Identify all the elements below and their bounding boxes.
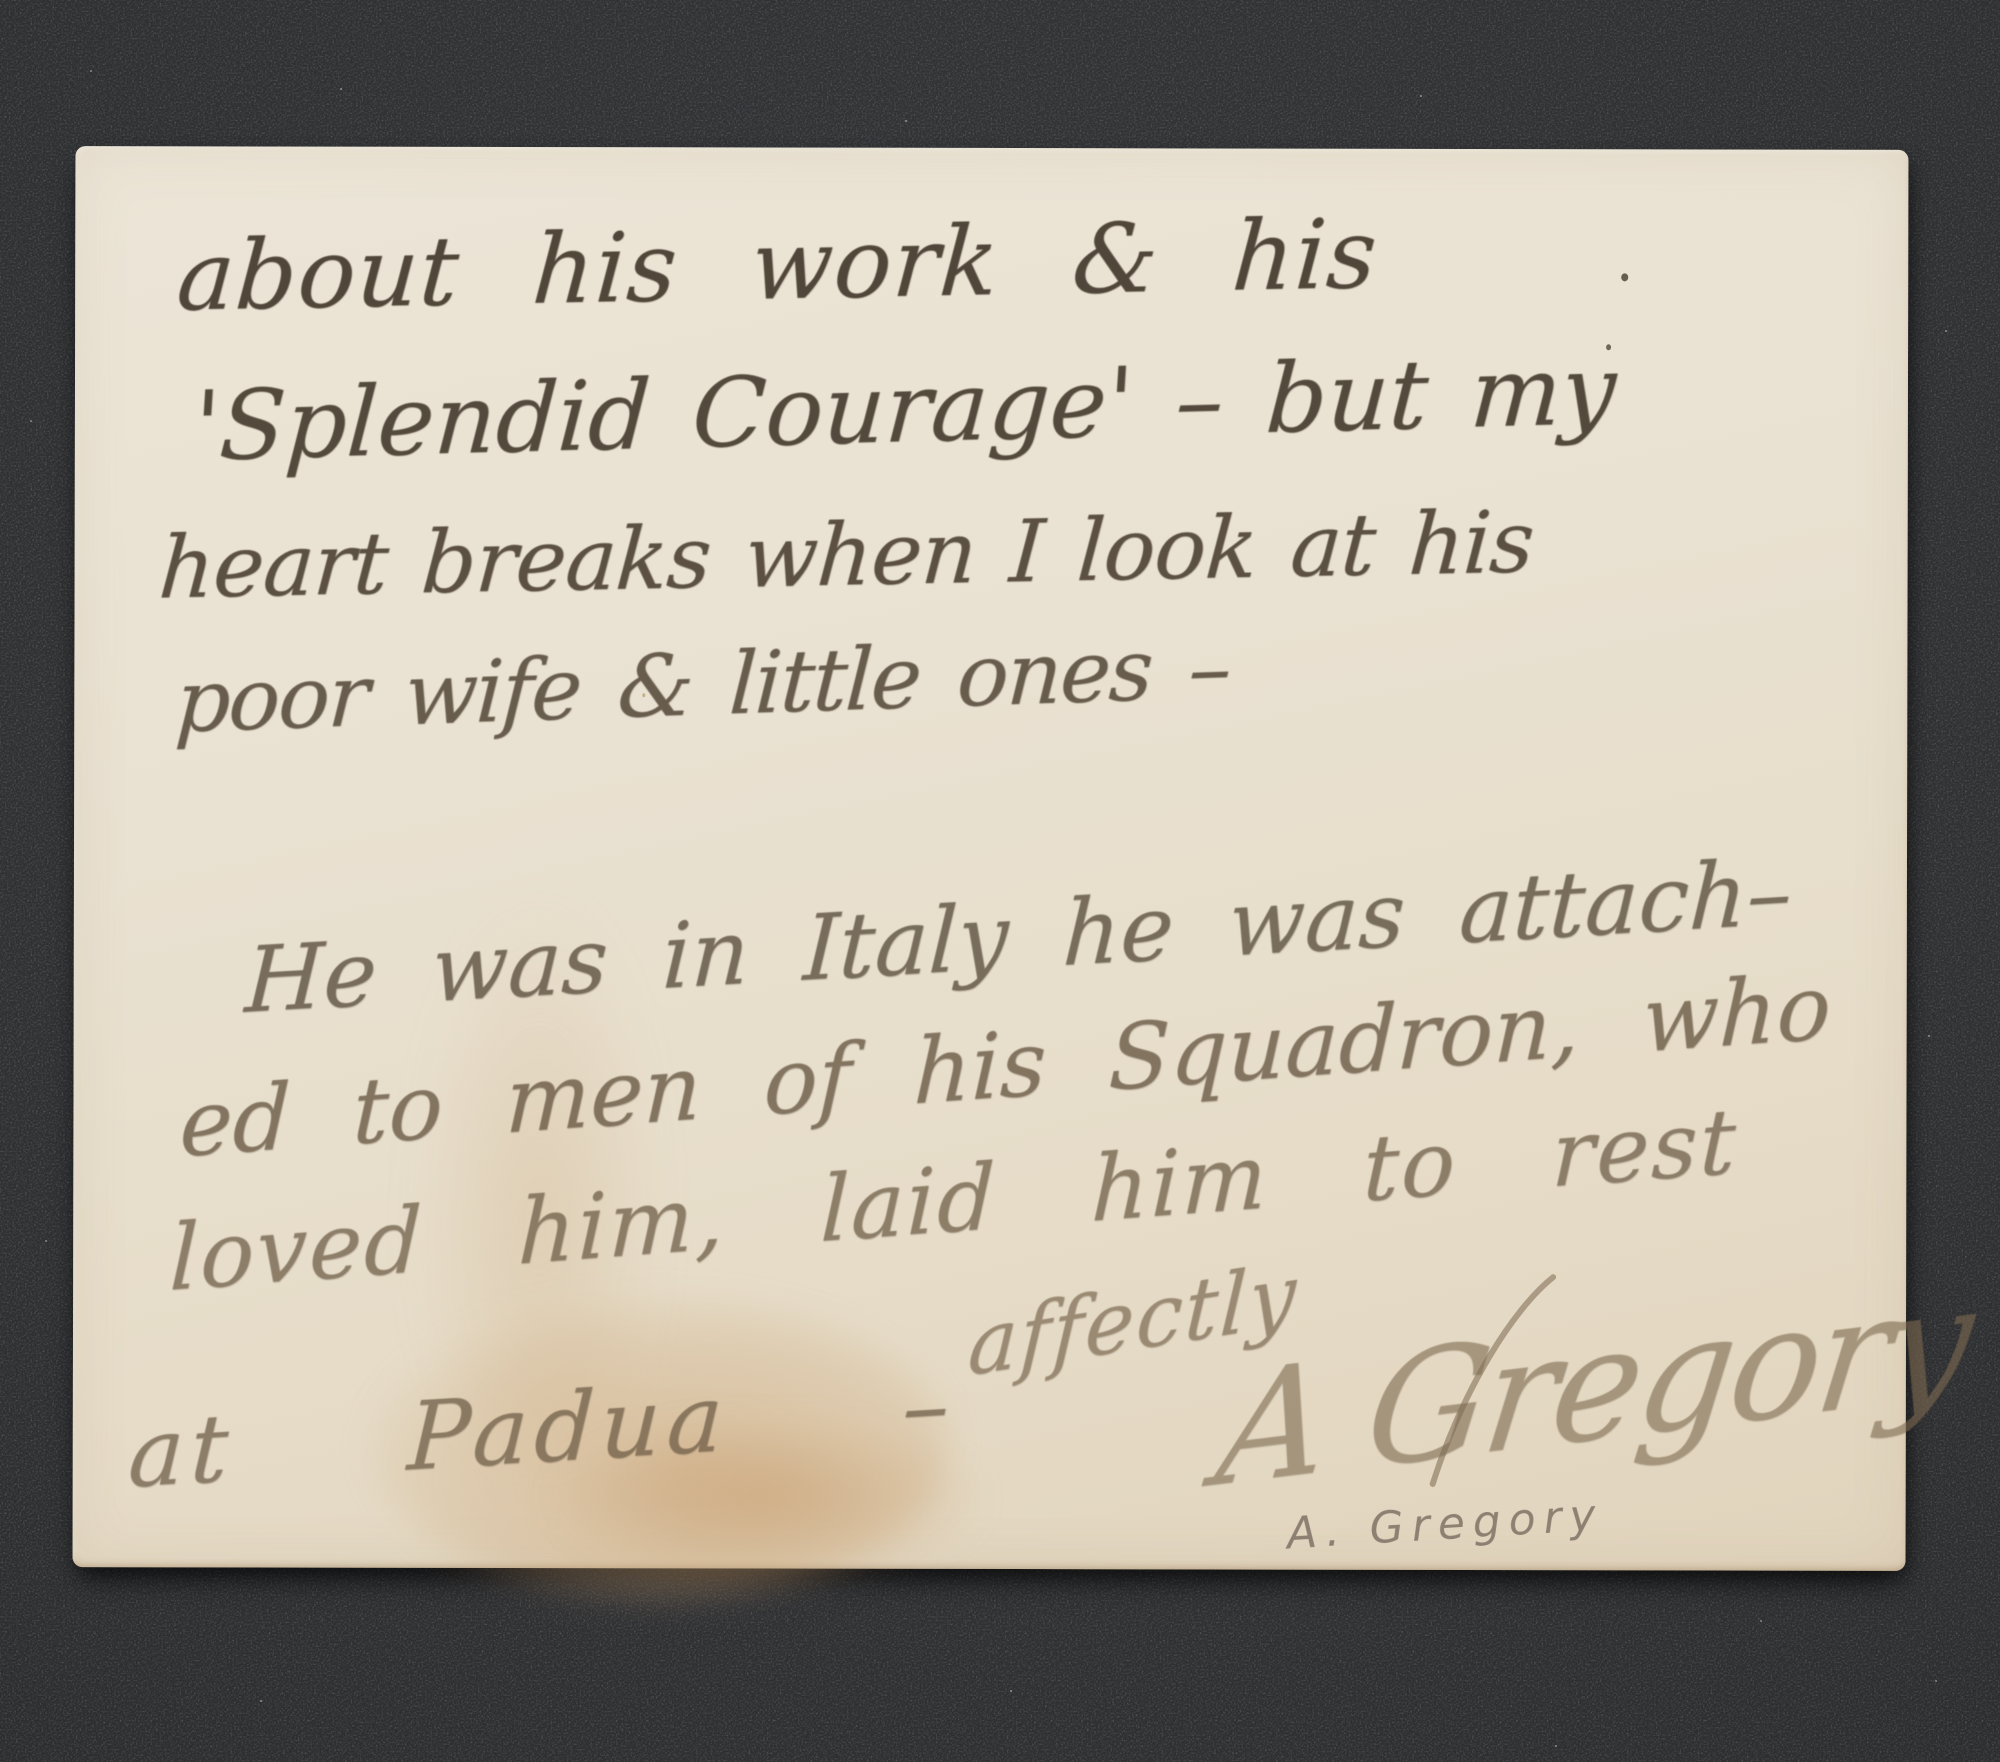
letter-card: about his work & his 'Splendid Courage' … xyxy=(73,146,1909,1571)
mat-dust-speckles xyxy=(0,0,2,2)
ink-specks xyxy=(1621,273,1628,281)
flourish-stroke xyxy=(1403,1269,1583,1499)
paper-fiber-texture xyxy=(73,146,1909,1571)
photographed-letter-scene: about his work & his 'Splendid Courage' … xyxy=(0,0,2000,1762)
